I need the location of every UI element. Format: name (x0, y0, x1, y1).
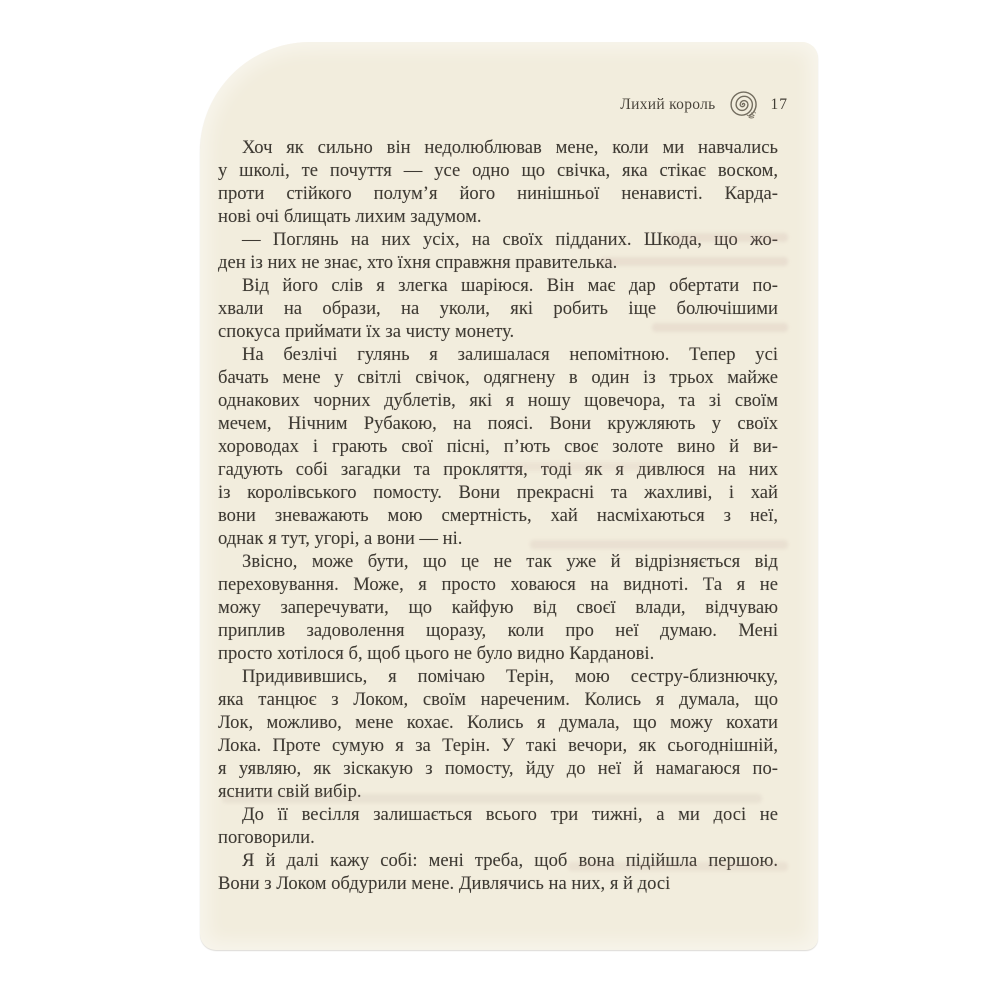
text-line: яка танцює з Локом, своїм нареченим. Кол… (218, 688, 778, 711)
paragraph: Від його слів я злегка шаріюся. Він має … (218, 274, 778, 343)
text-line: хороводах і грають свої пісні, п’ють сво… (218, 435, 778, 458)
text-line: однакових чорних дублетів, які я ношу що… (218, 389, 778, 412)
running-title: Лихий король (620, 96, 715, 114)
text-line: На безлічі гулянь я залишалася непомітно… (218, 343, 778, 366)
text-line: яснити свій вибір. (218, 780, 778, 803)
text-line: Придивившись, я помічаю Терін, мою сестр… (218, 665, 778, 688)
snail-shell-icon (725, 86, 762, 123)
text-block: Хоч як сильно він недолюблював мене, кол… (218, 136, 778, 895)
text-line: Від його слів я злегка шаріюся. Він має … (218, 274, 778, 297)
text-line: гадують собі загадки та прокляття, тоді … (218, 458, 778, 481)
text-line: поговорили. (218, 826, 778, 849)
text-line: просто хотілося б, щоб цього не було вид… (218, 642, 778, 665)
text-line: Лок, можливо, мене кохає. Колись я думал… (218, 711, 778, 734)
text-line: нові очі блищать лихим задумом. (218, 205, 778, 228)
text-line: проти стійкого полум’я його нинішньої не… (218, 182, 778, 205)
text-line: я уявляю, як зіскакую з помосту, йду до … (218, 757, 778, 780)
text-line: Вони з Локом обдурили мене. Дивлячись на… (218, 872, 778, 895)
text-line: приплив задоволення щоразу, коли про неї… (218, 619, 778, 642)
text-line: Звісно, може бути, що це не так уже й ві… (218, 550, 778, 573)
text-line: бачать мене у світлі свічок, одягнену в … (218, 366, 778, 389)
text-line: Я й далі кажу собі: мені треба, щоб вона… (218, 849, 778, 872)
text-line: вони зневажають мою смертність, хай насм… (218, 504, 778, 527)
text-line: у школі, те почуття — усе одно що свічка… (218, 159, 778, 182)
paragraph: Звісно, може бути, що це не так уже й ві… (218, 550, 778, 665)
text-line: однак я тут, угорі, а вони — ні. (218, 527, 778, 550)
text-line: мечем, Нічним Рубакою, на поясі. Вони кр… (218, 412, 778, 435)
text-line: переховування. Може, я просто ховаюся на… (218, 573, 778, 596)
paragraph: — Поглянь на них усіх, на своїх підданих… (218, 228, 778, 274)
text-line: Лока. Проте сумую я за Терін. У такі веч… (218, 734, 778, 757)
paragraph: До її весілля залишається всього три тиж… (218, 803, 778, 849)
running-header: Лихий король 17 (620, 86, 788, 123)
paragraph: Я й далі кажу собі: мені треба, щоб вона… (218, 849, 778, 895)
scanned-page-photo: Лихий король 17 Хоч як сильно він недолю… (0, 0, 1000, 1000)
paragraph: Хоч як сильно він недолюблював мене, кол… (218, 136, 778, 228)
page-number: 17 (771, 96, 789, 114)
text-line: — Поглянь на них усіх, на своїх підданих… (218, 228, 778, 251)
book-page: Лихий король 17 Хоч як сильно він недолю… (200, 42, 818, 950)
paragraph: Придивившись, я помічаю Терін, мою сестр… (218, 665, 778, 803)
text-line: хвали на образи, на уколи, які робить іщ… (218, 297, 778, 320)
text-line: можу заперечувати, що кайфую від своєї в… (218, 596, 778, 619)
text-line: ден із них не знає, хто їхня справжня пр… (218, 251, 778, 274)
paragraph: На безлічі гулянь я залишалася непомітно… (218, 343, 778, 550)
text-line: Хоч як сильно він недолюблював мене, кол… (218, 136, 778, 159)
text-line: із королівського помосту. Вони прекрасні… (218, 481, 778, 504)
text-line: спокуса приймати їх за чисту монету. (218, 320, 778, 343)
text-line: До її весілля залишається всього три тиж… (218, 803, 778, 826)
